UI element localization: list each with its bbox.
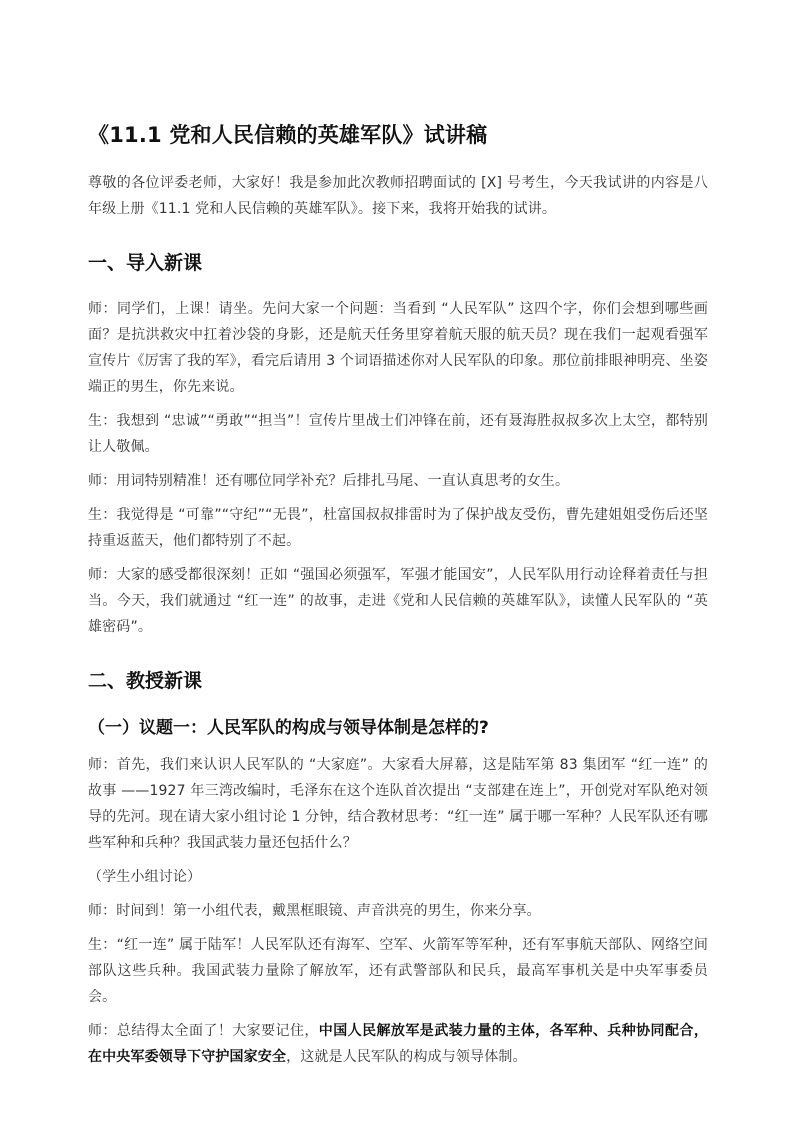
stage-direction: （学生小组讨论） [88, 864, 708, 890]
summary-paragraph: 师：总结得太全面了！大家要记住，中国人民解放军是武装力量的主体，各军种、兵种协同… [88, 1018, 708, 1070]
section-heading-intro: 一、导入新课 [88, 248, 708, 278]
section-heading-teaching: 二、教授新课 [88, 666, 708, 696]
document-page: 《11.1 党和人民信赖的英雄军队》试讲稿 尊敬的各位评委老师，大家好！我是参加… [88, 118, 708, 1078]
dialogue-paragraph: 生：“红一连” 属于陆军！人民军队还有海军、空军、火箭军等军种，还有军事航天部队… [88, 932, 708, 1010]
dialogue-paragraph: 师：同学们，上课！请坐。先问大家一个问题：当看到 “人民军队” 这四个字，你们会… [88, 296, 708, 400]
dialogue-paragraph: 生：我想到 “忠诚”“勇敢”“担当”！宣传片里战士们冲锋在前，还有聂海胜叔叔多次… [88, 408, 708, 460]
dialogue-paragraph: 生：我觉得是 “可靠”“守纪”“无畏”，杜富国叔叔排雷时为了保护战友受伤，曹先建… [88, 502, 708, 554]
dialogue-paragraph: 师：用词特别精准！还有哪位同学补充？后排扎马尾、一直认真思考的女生。 [88, 468, 708, 494]
dialogue-paragraph: 师：时间到！第一小组代表，戴黑框眼镜、声音洪亮的男生，你来分享。 [88, 898, 708, 924]
intro-paragraph: 尊敬的各位评委老师，大家好！我是参加此次教师招聘面试的 [X] 号考生，今天我试… [88, 170, 708, 222]
document-title: 《11.1 党和人民信赖的英雄军队》试讲稿 [88, 118, 708, 152]
dialogue-paragraph: 师：大家的感受都很深刻！正如 “强国必须强军，军强才能国安”，人民军队用行动诠释… [88, 562, 708, 640]
subsection-heading-topic-one: （一）议题一：人民军队的构成与领导体制是怎样的? [88, 714, 708, 742]
dialogue-paragraph: 师：首先，我们来认识人民军队的 “大家庭”。大家看大屏幕，这是陆军第 83 集团… [88, 752, 708, 856]
summary-prefix: 师：总结得太全面了！大家要记住， [88, 1023, 319, 1039]
summary-suffix: ，这就是人民军队的构成与领导体制。 [286, 1049, 527, 1065]
